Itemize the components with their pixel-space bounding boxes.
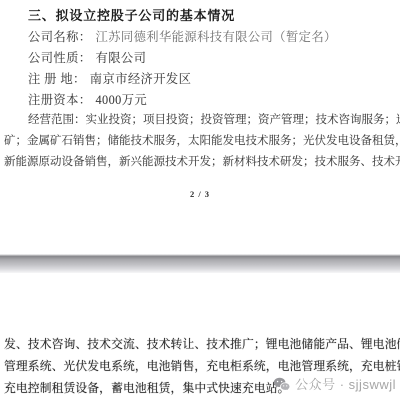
field-company-type: 公司性质：有限公司 bbox=[28, 48, 146, 66]
wechat-watermark: 公众号 · sjjswwjl bbox=[273, 374, 396, 393]
field-label: 注册资本： bbox=[28, 93, 92, 107]
business-scope-line: 新能源原动设备销售，新兴能源技术开发；新材料技术研发；技术服务、技术开 bbox=[4, 153, 400, 169]
field-registered-address: 注 册 地：南京市经济开发区 bbox=[28, 69, 191, 87]
business-scope-line: 充电控制租赁设备，蓄电池租赁，集中式快速充电站。 bbox=[4, 379, 290, 396]
field-label: 公司性质： bbox=[28, 51, 92, 65]
business-scope-line: 矿；金属矿石销售；储能技术服务，太阳能发电技术服务；光伏发电设备租赁， bbox=[4, 132, 400, 148]
business-scope-line: 发、技术咨询、技术交流、技术转让、技术推广；锂电池储能产品、锂电池储能 bbox=[4, 335, 400, 352]
field-registered-capital: 注册资本：4000万元 bbox=[28, 90, 147, 108]
watermark-label: 公众号 · sjjswwjl bbox=[295, 374, 396, 393]
field-value: 南京市经济开发区 bbox=[90, 72, 192, 86]
field-value: 有限公司 bbox=[96, 51, 147, 65]
field-company-name: 公司名称：江苏同德利华能源科技有限公司（暂定名） bbox=[28, 27, 337, 45]
field-value: 4000万元 bbox=[96, 93, 148, 107]
field-value: 江苏同德利华能源科技有限公司（暂定名） bbox=[96, 30, 337, 44]
wechat-icon bbox=[273, 377, 290, 391]
field-label: 注 册 地： bbox=[28, 72, 86, 86]
document-page: 三、拟设立控股子公司的基本情况 公司名称：江苏同德利华能源科技有限公司（暂定名）… bbox=[0, 0, 400, 397]
section-heading: 三、拟设立控股子公司的基本情况 bbox=[28, 5, 235, 24]
business-scope-line: 管理系统、光伏发电系统，电池销售，充电柜系统，电池管理系统，充电桩销售， bbox=[4, 357, 400, 374]
page-break-divider bbox=[0, 254, 400, 273]
field-label: 公司名称： bbox=[28, 30, 92, 44]
page-number: 2 / 3 bbox=[0, 189, 400, 199]
business-scope-line: 经营范围：实业投资；项目投资；投资管理；资产管理；技术咨询服务；选 bbox=[28, 111, 400, 127]
